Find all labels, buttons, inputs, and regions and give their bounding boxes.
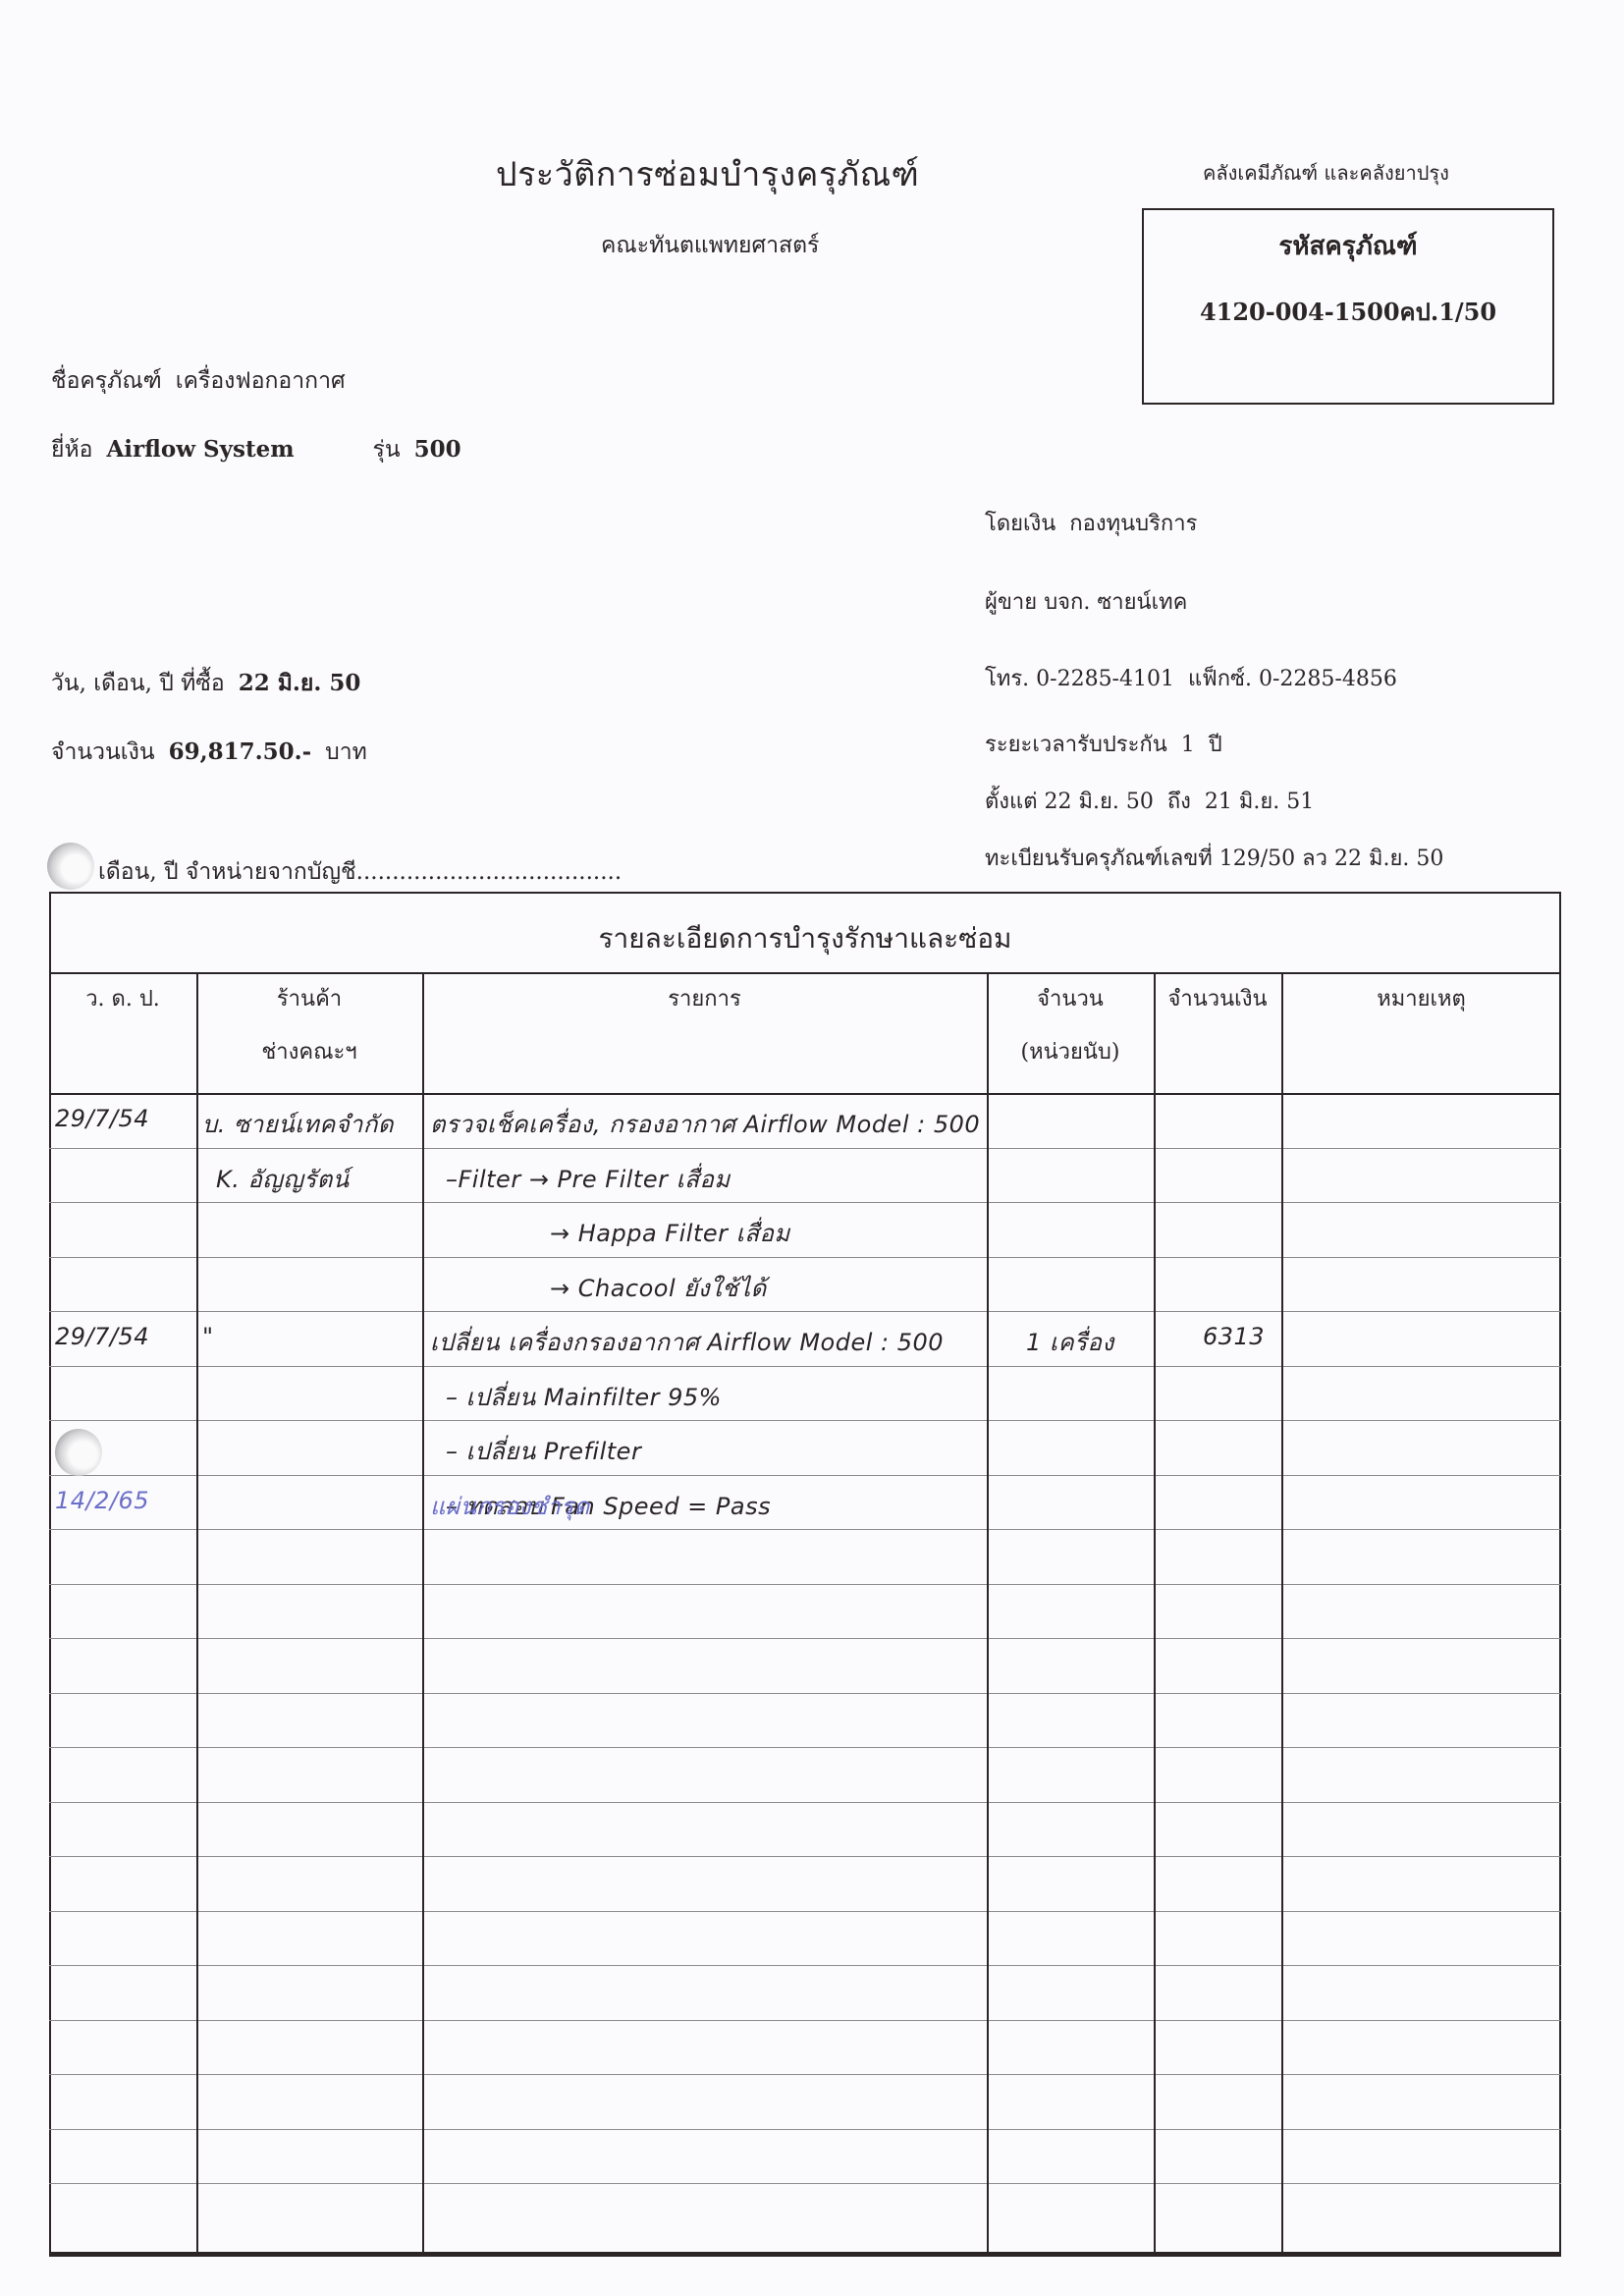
- table-title: รายละเอียดการบำรุงรักษาและซ่อม: [49, 917, 1561, 960]
- vendor-field: ผู้ขาย บจก. ซายน์เทค: [985, 584, 1187, 619]
- ruled-line: [49, 1529, 1561, 1530]
- amount-field: จำนวนเงิน69,817.50.-บาท: [51, 735, 367, 770]
- column-header-sub: (หน่วยนับ): [987, 1039, 1154, 1066]
- entry-date: 29/7/54: [55, 1105, 149, 1132]
- column-header: รายการ: [422, 986, 987, 1013]
- vendor-value: บจก. ซายน์เทค: [1044, 590, 1187, 615]
- phone-value: 0-2285-4101: [1036, 667, 1174, 691]
- funding-label: โดยเงิน: [985, 512, 1056, 536]
- column-divider: [987, 972, 989, 2257]
- entry-item: –Filter → Pre Filter เสื่อม: [446, 1160, 731, 1198]
- column-header: ว. ด. ป.: [49, 986, 196, 1013]
- ruled-line: [49, 1202, 1561, 1203]
- warranty-to-label: ถึง: [1167, 790, 1191, 814]
- ruled-line: [49, 1148, 1561, 1149]
- column-divider: [196, 972, 198, 2257]
- ruled-line: [49, 2183, 1561, 2184]
- column-divider: [1154, 972, 1156, 2257]
- disposal-field: เดือน, ปี จำหน่ายจากบัญชี...............…: [98, 854, 622, 890]
- entry-quantity: 1 เครื่อง: [1026, 1323, 1114, 1361]
- vendor-label: ผู้ขาย: [985, 590, 1037, 615]
- asset-code-label: รหัสครุภัณฑ์: [1144, 226, 1552, 266]
- entry-vendor: K. อัญญรัตน์: [216, 1160, 350, 1198]
- ruled-line: [49, 1693, 1561, 1694]
- ruled-line: [49, 1965, 1561, 1966]
- entry-item: – เปลี่ยน Mainfilter 95%: [446, 1378, 722, 1416]
- faculty-name: คณะทันตแพทยศาสตร์: [601, 228, 819, 263]
- title-divider: [49, 972, 1561, 974]
- warranty-from-label: ตั้งแต่: [985, 790, 1038, 814]
- entry-item: แผ่นกรองชำรุด: [430, 1487, 590, 1525]
- column-divider: [422, 972, 424, 2257]
- registry-label: ทะเบียนรับครุภัณฑ์เลขที่: [985, 847, 1213, 871]
- asset-code-value: 4120-004-1500คป.1/50: [1144, 293, 1552, 331]
- entry-date: 29/7/54: [55, 1323, 149, 1350]
- warranty-field: ระยะเวลารับประกัน1ปี: [985, 727, 1222, 761]
- punch-hole-bottom: [55, 1429, 102, 1476]
- registry-date-label: ลว: [1302, 847, 1327, 871]
- maintenance-table: รายละเอียดการบำรุงรักษาและซ่อม ว. ด. ป.ร…: [49, 892, 1561, 2257]
- column-divider: [1281, 972, 1283, 2257]
- phone-label: โทร.: [985, 667, 1029, 691]
- amount-value: 69,817.50.-: [169, 738, 312, 765]
- registry-date: 22 มิ.ย. 50: [1334, 847, 1443, 871]
- warranty-label: ระยะเวลารับประกัน: [985, 733, 1167, 757]
- ruled-line: [49, 1366, 1561, 1367]
- contact-field: โทร. 0-2285-4101แฟ็กซ์. 0-2285-4856: [985, 661, 1397, 695]
- entry-item: → Happa Filter เสื่อม: [550, 1214, 790, 1252]
- warranty-unit: ปี: [1209, 733, 1222, 757]
- ruled-line: [49, 1257, 1561, 1258]
- table-border: [49, 892, 1561, 2257]
- warranty-value: 1: [1181, 733, 1195, 757]
- ruled-line: [49, 1747, 1561, 1748]
- ruled-line: [49, 2129, 1561, 2130]
- warranty-to: 21 มิ.ย. 51: [1205, 790, 1314, 814]
- entry-date: 14/2/65: [55, 1487, 149, 1514]
- registry-field: ทะเบียนรับครุภัณฑ์เลขที่ 129/50 ลว 22 มิ…: [985, 841, 1443, 875]
- column-header-sub: ช่างคณะฯ: [196, 1039, 422, 1066]
- entry-vendor: ": [202, 1323, 214, 1350]
- ruled-line: [49, 1802, 1561, 1803]
- ruled-line: [49, 2074, 1561, 2075]
- model-label: รุ่น: [373, 437, 401, 463]
- column-header: จำนวน: [987, 986, 1154, 1013]
- purchase-date-field: วัน, เดือน, ปี ที่ซื้อ22 มิ.ย. 50: [51, 666, 360, 701]
- asset-code-box: รหัสครุภัณฑ์ 4120-004-1500คป.1/50: [1142, 208, 1554, 405]
- fax-value: 0-2285-4856: [1259, 667, 1397, 691]
- brand-value: Airflow System: [106, 436, 294, 463]
- ruled-line: [49, 1475, 1561, 1476]
- ruled-line: [49, 2020, 1561, 2021]
- entry-amount: 6313: [1203, 1323, 1265, 1350]
- ruled-line: [49, 1638, 1561, 1639]
- asset-name-label: ชื่อครุภัณฑ์: [51, 368, 162, 394]
- entry-item: ตรวจเช็คเครื่อง, กรองอากาศ Airflow Model…: [430, 1105, 980, 1143]
- entry-item: เปลี่ยน เครื่องกรองอากาศ Airflow Model :…: [430, 1323, 944, 1361]
- asset-name-value: เครื่องฟอกอากาศ: [176, 368, 346, 394]
- model-value: 500: [414, 436, 461, 463]
- header-divider: [49, 1093, 1561, 1095]
- funding-field: โดยเงินกองทุนบริการ: [985, 506, 1197, 540]
- warranty-period-field: ตั้งแต่ 22 มิ.ย. 50ถึง21 มิ.ย. 51: [985, 784, 1314, 818]
- warranty-from: 22 มิ.ย. 50: [1045, 790, 1154, 814]
- entry-item: – เปลี่ยน Prefilter: [446, 1432, 641, 1470]
- registry-value: 129/50: [1219, 847, 1295, 871]
- purchase-date-label: วัน, เดือน, ปี ที่ซื้อ: [51, 671, 225, 696]
- amount-unit: บาท: [325, 739, 367, 765]
- fax-label: แฟ็กซ์.: [1188, 667, 1252, 691]
- ruled-line: [49, 1584, 1561, 1585]
- amount-label: จำนวนเงิน: [51, 739, 155, 765]
- form-title: ประวัติการซ่อมบำรุงครุภัณฑ์: [496, 147, 919, 200]
- brand-label: ยี่ห้อ: [51, 437, 92, 463]
- ruled-line: [49, 1911, 1561, 1912]
- brand-model-field: ยี่ห้อAirflow Systemรุ่น500: [51, 432, 461, 467]
- column-header: จำนวนเงิน: [1154, 986, 1281, 1013]
- funding-value: กองทุนบริการ: [1069, 512, 1197, 536]
- department-name: คลังเคมีภัณฑ์ และคลังยาปรุง: [1203, 157, 1449, 189]
- ruled-line: [49, 1420, 1561, 1421]
- purchase-date-value: 22 มิ.ย. 50: [239, 670, 361, 696]
- column-header: ร้านค้า: [196, 986, 422, 1013]
- column-header: หมายเหตุ: [1281, 986, 1561, 1013]
- punch-hole-top: [47, 843, 94, 890]
- ruled-line: [49, 1311, 1561, 1312]
- entry-item: → Chacool ยังใช้ได้: [550, 1269, 767, 1307]
- entry-vendor: บ. ซายน์เทคจำกัด: [202, 1105, 394, 1143]
- ruled-line: [49, 1856, 1561, 1857]
- asset-name-field: ชื่อครุภัณฑ์เครื่องฟอกอากาศ: [51, 363, 346, 399]
